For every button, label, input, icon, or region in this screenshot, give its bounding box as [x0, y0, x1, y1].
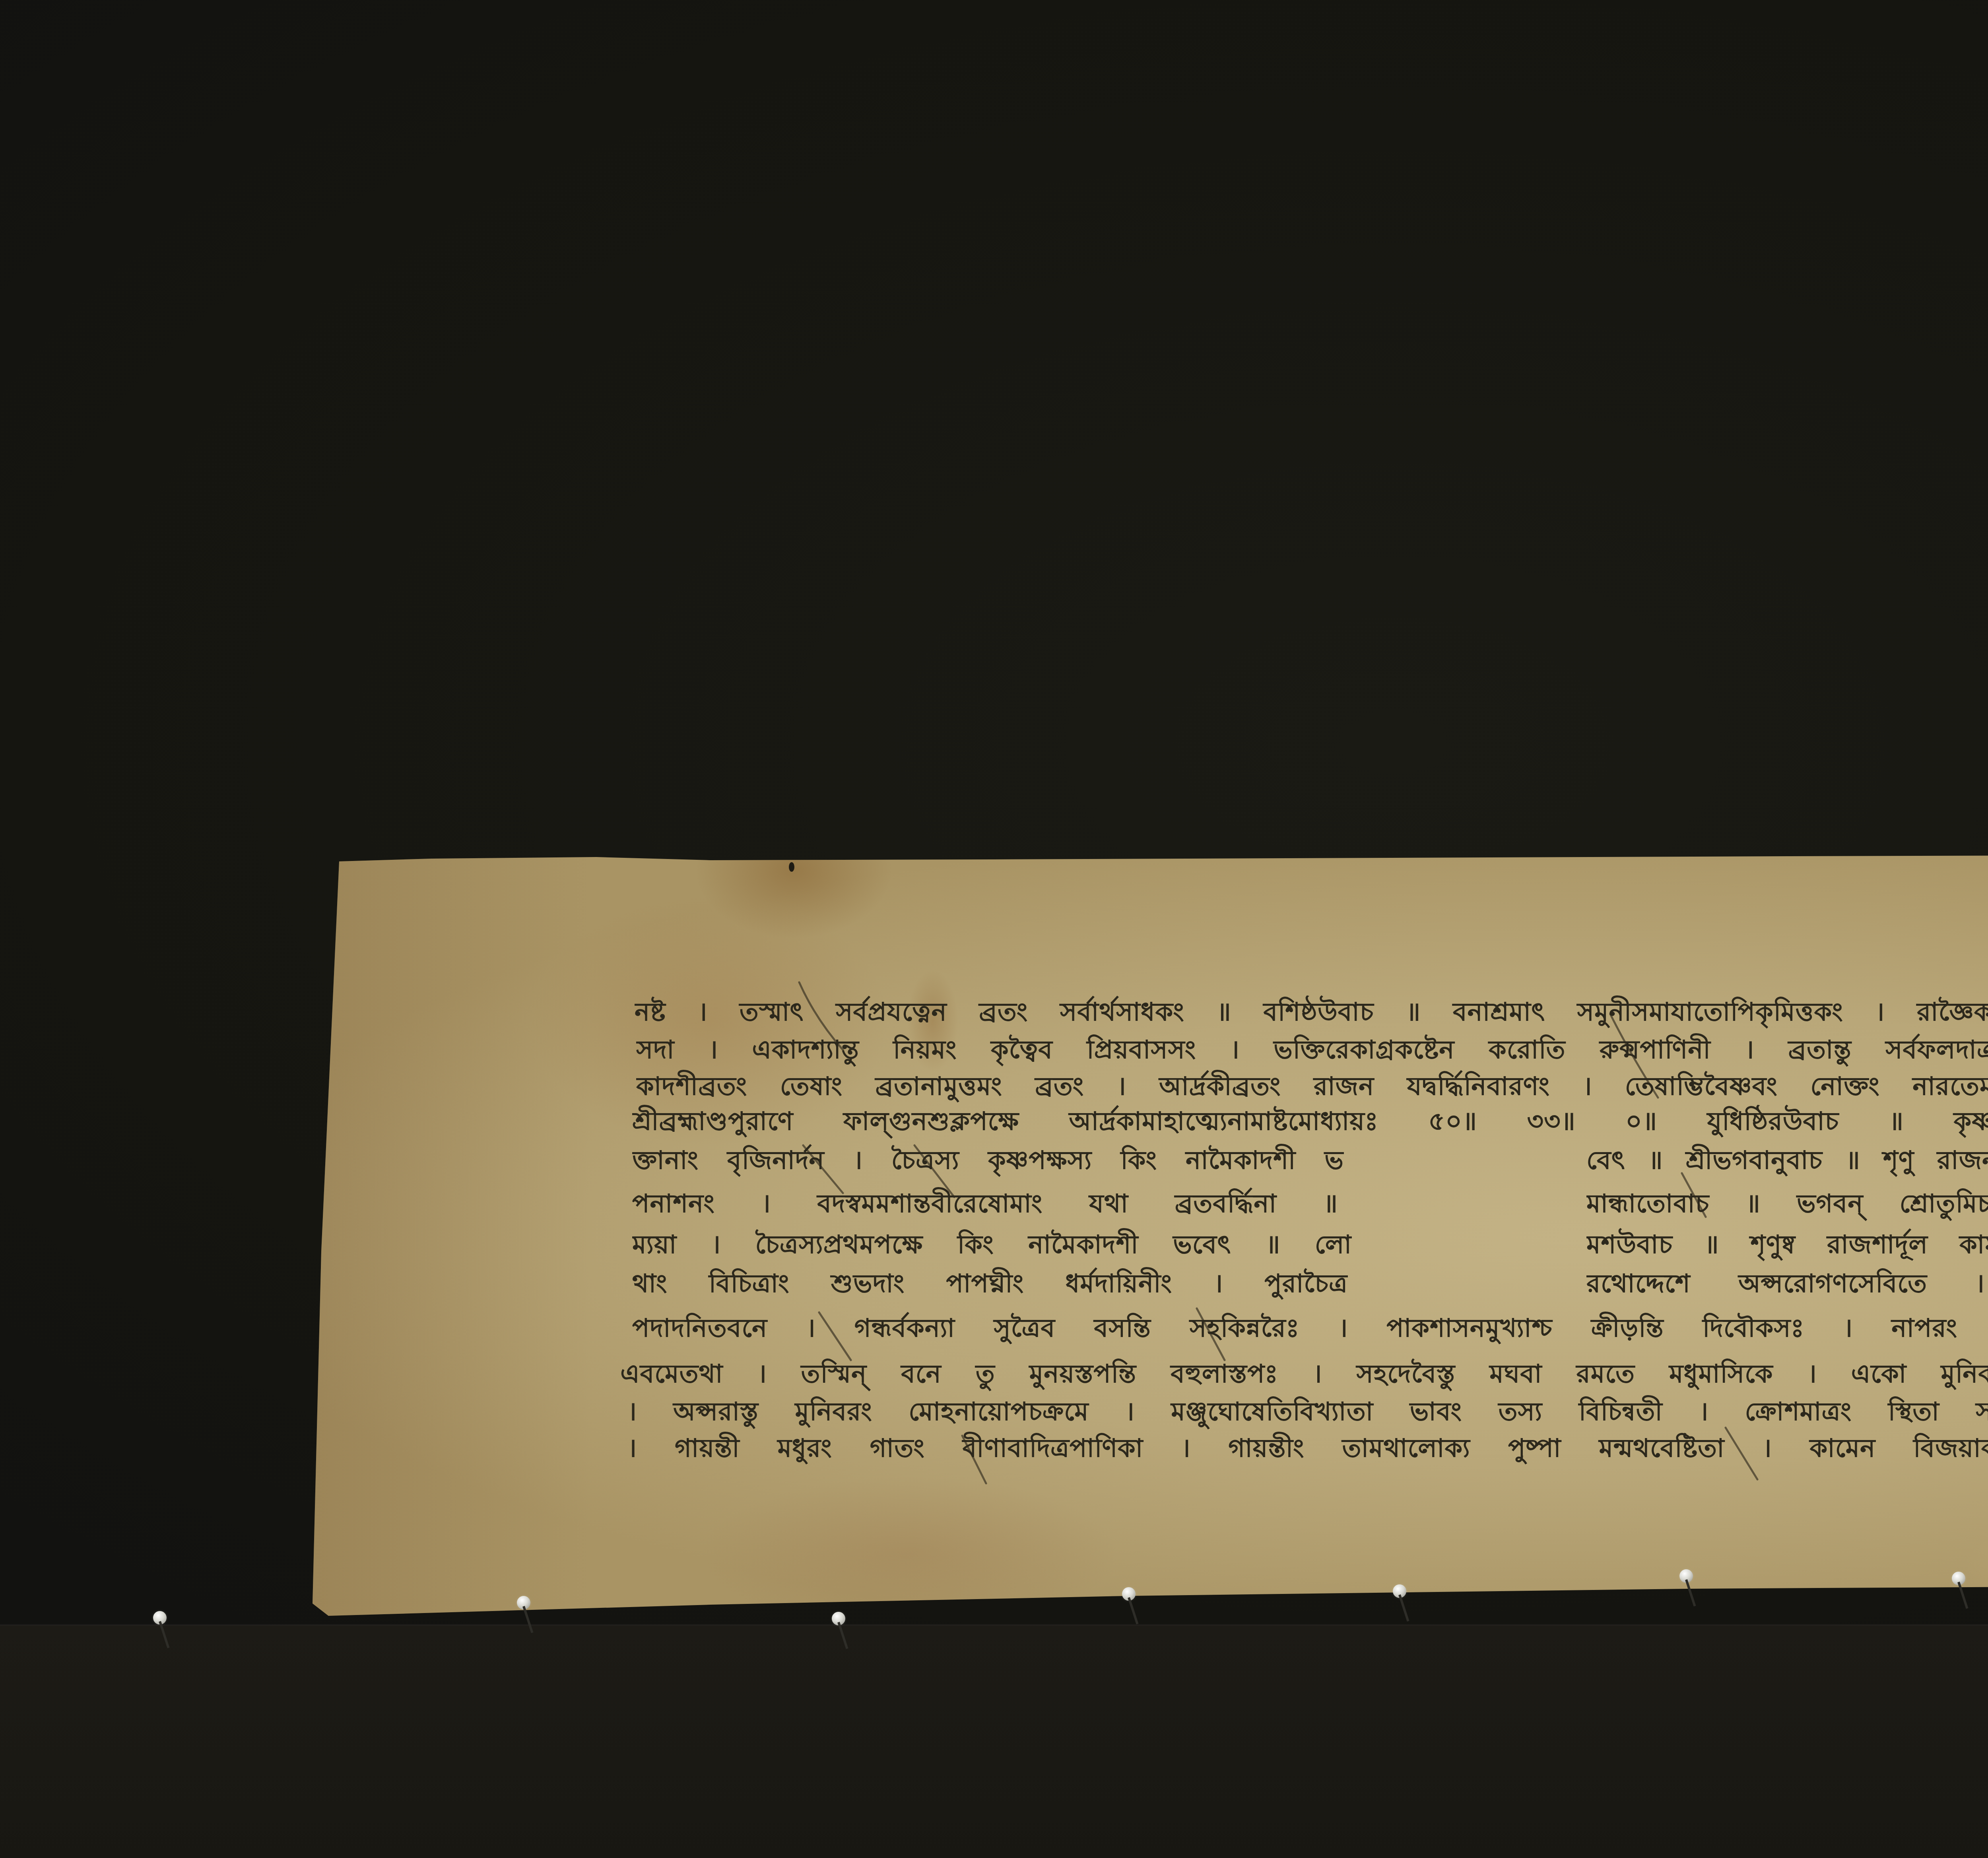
- text-line-12: । গায়ন্তী মধুরং গাতং বীণাবাদিত্রপাণিকা …: [627, 1430, 1988, 1466]
- text-line-10: এবমেতথা । তস্মিন্ বনে তু মুনয়স্তপন্তি ব…: [620, 1356, 1988, 1392]
- text-line-5-right: বেৎ ॥ শ্রীভগবানুবাচ ॥ শৃণু রাজন্ প্রবক্ষ…: [1586, 1143, 1988, 1178]
- mounting-pin-icon: [1122, 1587, 1136, 1601]
- text-line-2: সদা । একাদশ্যান্তু নিয়মং কৃত্বৈব প্রিয়…: [636, 1032, 1988, 1068]
- text-line-1: নষ্ট । তস্মাৎ সর্বপ্রযত্নেন ব্রতং সর্বার…: [635, 994, 1988, 1030]
- text-line-5-left: ক্তানাং বৃজিনার্দন । চৈত্রস্য কৃষ্ণপক্ষস…: [632, 1143, 1344, 1178]
- mounting-pin-icon: [1393, 1584, 1406, 1598]
- text-line-7-left: ম্যয়া । চৈত্রস্যপ্রথমপক্ষে কিং নামৈকাদশ…: [632, 1227, 1352, 1263]
- text-line-6-left: পনাশনং । বদস্বমমশান্তবীরেষোমাং যথা ব্রতব…: [632, 1186, 1338, 1222]
- mounting-pin-icon: [153, 1611, 167, 1625]
- text-line-11: । অপ্সরাস্তু মুনিবরং মোহনায়োপচক্রমে । ম…: [627, 1394, 1988, 1430]
- text-line-7-right: মশউবাচ ॥ শৃণুষ্ব রাজশার্দূল কামদাং সিদ্ধ…: [1586, 1227, 1988, 1263]
- mounting-pin-icon: [832, 1612, 845, 1625]
- text-line-8-left: থাং বিচিত্রাং শুভদাং পাপঘ্নীং ধর্মদায়িন…: [632, 1266, 1348, 1302]
- text-line-3: কাদশীব্রতং তেষাং ব্রতানামুত্তমং ব্রতং । …: [636, 1069, 1988, 1104]
- text-line-8-right: রথোদ্দেশে অপ্সরোগণসেবিতে । বসন্তসময়ে প্…: [1586, 1266, 1988, 1302]
- text-line-4: শ্রীব্রহ্মাণ্ডপুরাণে ফাল্গুনশুক্লপক্ষে আ…: [632, 1104, 1988, 1139]
- mounting-pin-icon: [1952, 1572, 1965, 1585]
- photo-scene: নষ্ট । তস্মাৎ সর্বপ্রযত্নেন ব্রতং সর্বার…: [0, 0, 1988, 1858]
- text-line-9: পদাদনিতবনে । গন্ধর্বকন্যা সুত্রৈব বসন্তি…: [632, 1310, 1988, 1346]
- mounting-pin-icon: [1679, 1569, 1693, 1583]
- mounting-pin-icon: [517, 1596, 530, 1609]
- text-line-6-right: মান্ধাতোবাচ ॥ ভগবন্ শ্রোতুমিচ্ছামি লোকান…: [1586, 1186, 1988, 1222]
